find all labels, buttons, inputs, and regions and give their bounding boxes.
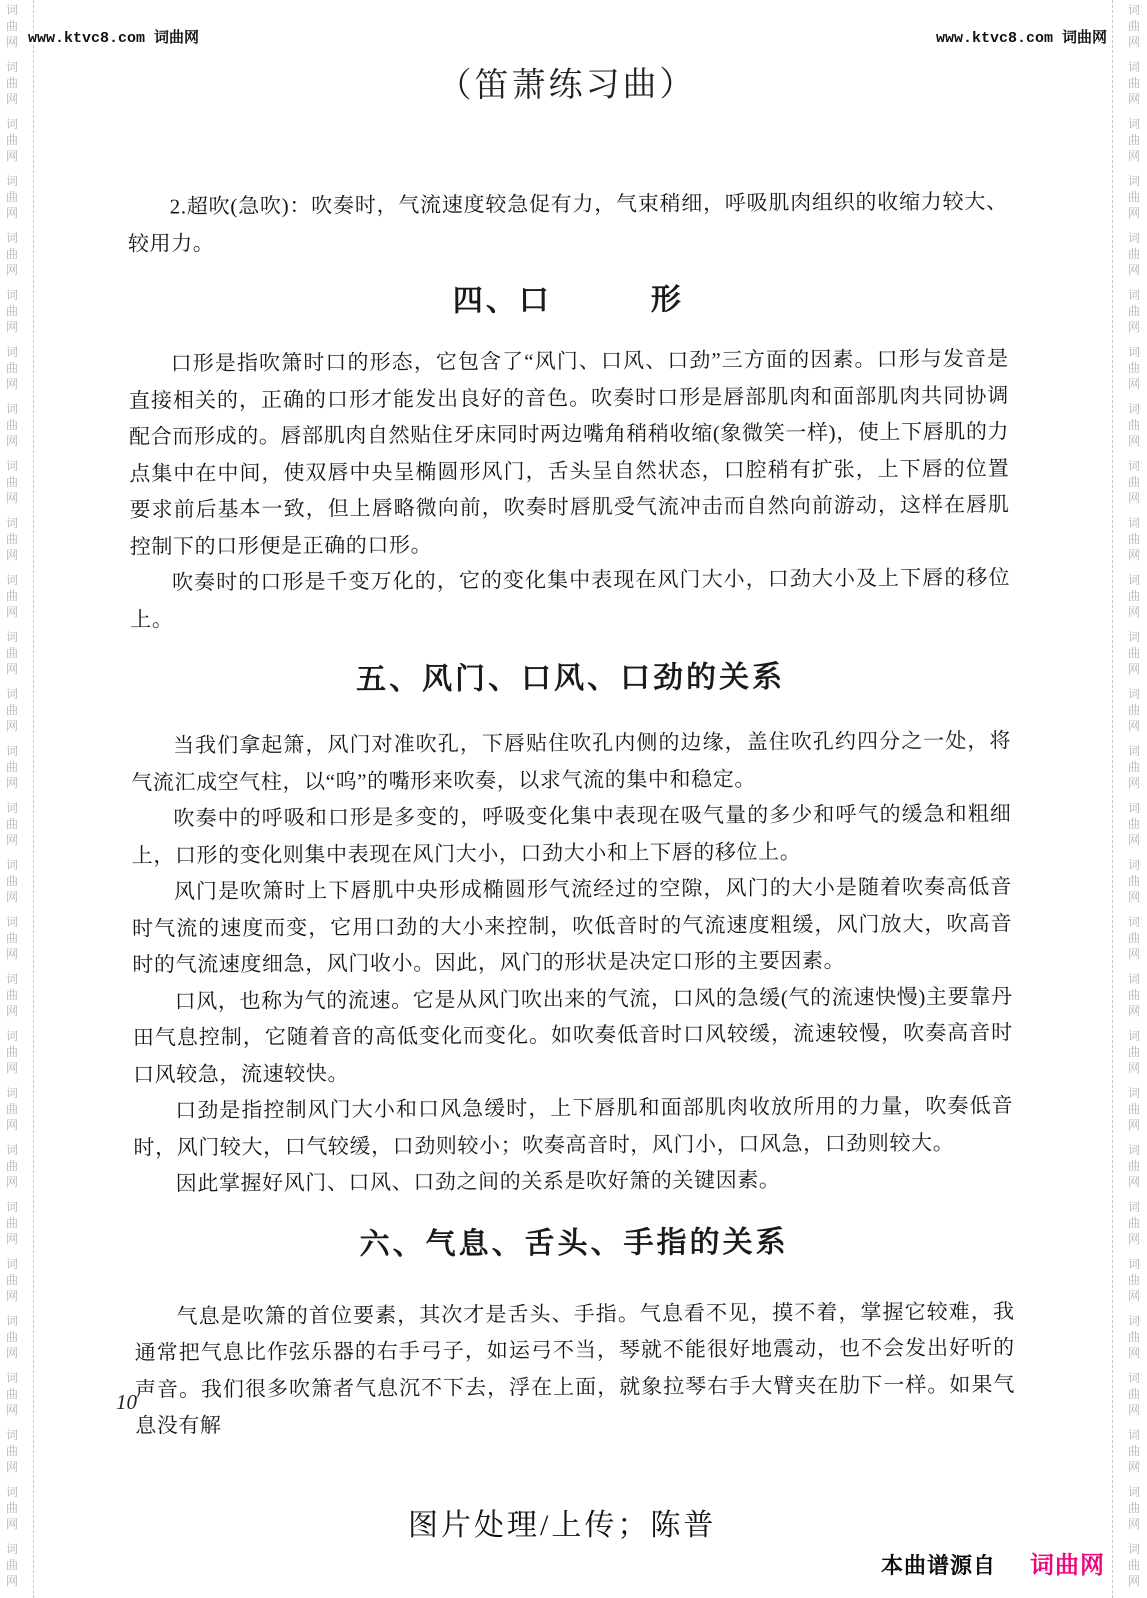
side-watermark-char: 网 bbox=[1128, 606, 1140, 618]
side-watermark-char: 网 bbox=[6, 1005, 18, 1017]
side-watermark-char: 网 bbox=[1128, 1347, 1140, 1359]
side-watermark-char: 曲 bbox=[6, 248, 18, 260]
side-watermark-char: 曲 bbox=[6, 1103, 18, 1115]
side-watermark-char: 网 bbox=[6, 720, 18, 732]
side-watermark-char: 网 bbox=[1128, 777, 1140, 789]
right-margin-divider bbox=[1112, 0, 1113, 1598]
side-watermark-char: 网 bbox=[6, 36, 18, 48]
paragraph: 因此掌握好风门、口风、口劲之间的关系是吹好箫的关键因素。 bbox=[134, 1160, 1014, 1202]
side-watermark-char: 曲 bbox=[1128, 1274, 1140, 1286]
side-watermark-char: 词 bbox=[1128, 1087, 1140, 1099]
side-watermark-char: 网 bbox=[6, 1575, 18, 1587]
side-watermark-char: 网 bbox=[1128, 1290, 1140, 1302]
side-watermark-char: 曲 bbox=[1128, 20, 1140, 32]
side-watermark-char: 词 bbox=[6, 688, 18, 700]
side-watermark-char: 词 bbox=[6, 232, 18, 244]
side-watermark-char: 曲 bbox=[1128, 1502, 1140, 1514]
side-watermark-char: 网 bbox=[6, 378, 18, 390]
side-watermark-char: 词 bbox=[6, 574, 18, 586]
side-watermark-char: 网 bbox=[1128, 93, 1140, 105]
side-watermark-char: 词 bbox=[1128, 289, 1140, 301]
side-watermark-char: 词 bbox=[1128, 916, 1140, 928]
document-body: （笛萧练习曲） 2.超吹(急吹)：吹奏时，气流速度较急促有力，气束稍细，呼吸肌肉… bbox=[126, 0, 1015, 1444]
side-watermark-char: 词 bbox=[6, 1144, 18, 1156]
side-watermark-char: 曲 bbox=[6, 77, 18, 89]
paragraph: 吹奏时的口形是千变万化的，它的变化集中表现在风门大小，口劲大小及上下唇的移位上。 bbox=[130, 559, 1010, 637]
page-title: （笛萧练习曲） bbox=[127, 59, 1007, 112]
side-watermark-char: 词 bbox=[6, 631, 18, 643]
side-watermark-char: 词 bbox=[6, 517, 18, 529]
side-watermark-char: 网 bbox=[6, 1062, 18, 1074]
side-watermark-char: 网 bbox=[6, 948, 18, 960]
side-watermark-char: 词 bbox=[1128, 118, 1140, 130]
side-watermark-char: 词 bbox=[1128, 403, 1140, 415]
side-watermark-char: 网 bbox=[1128, 150, 1140, 162]
side-watermark-char: 网 bbox=[6, 549, 18, 561]
credit-line: 图片处理/上传；陈普 bbox=[408, 1500, 716, 1544]
side-watermark-char: 曲 bbox=[1128, 590, 1140, 602]
side-watermark-char: 词 bbox=[1128, 631, 1140, 643]
side-watermark-char: 网 bbox=[6, 207, 18, 219]
side-watermark-char: 曲 bbox=[6, 1559, 18, 1571]
intro-paragraph: 2.超吹(急吹)：吹奏时，气流速度较急促有力，气束稍细，呼吸肌肉组织的收缩力较大… bbox=[128, 183, 1008, 261]
side-watermark-char: 网 bbox=[1128, 264, 1140, 276]
side-watermark-char: 曲 bbox=[1128, 134, 1140, 146]
side-watermark-char: 曲 bbox=[1128, 77, 1140, 89]
side-watermark-char: 网 bbox=[6, 264, 18, 276]
side-watermark-char: 网 bbox=[6, 93, 18, 105]
source-note: 本曲谱源自 词曲网 bbox=[881, 1545, 1105, 1580]
side-watermark-char: 词 bbox=[6, 1429, 18, 1441]
side-watermark-char: 网 bbox=[6, 1290, 18, 1302]
page-number: 10 bbox=[116, 1390, 137, 1415]
side-watermark-char: 词 bbox=[6, 859, 18, 871]
side-watermark-char: 曲 bbox=[6, 20, 18, 32]
side-watermark-char: 词 bbox=[1128, 346, 1140, 358]
side-watermark-char: 网 bbox=[1128, 321, 1140, 333]
side-watermark-char: 词 bbox=[6, 289, 18, 301]
side-watermark-char: 曲 bbox=[6, 191, 18, 203]
paragraph: 当我们拿起箫，风门对准吹孔，下唇贴住吹孔内侧的边缘，盖住吹孔约四分之一处，将气流… bbox=[131, 722, 1011, 800]
side-watermark-char: 曲 bbox=[6, 989, 18, 1001]
side-watermark-char: 网 bbox=[1128, 1005, 1140, 1017]
side-watermark-char: 词 bbox=[1128, 1429, 1140, 1441]
side-watermark-char: 网 bbox=[6, 1347, 18, 1359]
side-watermark-char: 曲 bbox=[6, 875, 18, 887]
side-watermark-char: 曲 bbox=[1128, 1388, 1140, 1400]
side-watermark-char: 网 bbox=[6, 606, 18, 618]
side-watermark-char: 词 bbox=[1128, 1201, 1140, 1213]
side-watermark-column: 词曲网词曲网词曲网词曲网词曲网词曲网词曲网词曲网词曲网词曲网词曲网词曲网词曲网词… bbox=[1126, 4, 1142, 1598]
side-watermark-char: 网 bbox=[6, 150, 18, 162]
side-watermark-char: 网 bbox=[6, 321, 18, 333]
side-watermark-char: 网 bbox=[1128, 1518, 1140, 1530]
paragraph: 气息是吹箫的首位要素，其次才是舌头、手指。气息看不见，摸不着，掌握它较难，我通常… bbox=[134, 1293, 1015, 1444]
paragraph: 口风，也称为气的流速。它是从风门吹出来的气流，口风的急缓(气的流速快慢)主要靠丹… bbox=[132, 978, 1013, 1093]
side-watermark-char: 网 bbox=[1128, 1461, 1140, 1473]
side-watermark-char: 词 bbox=[6, 1372, 18, 1384]
side-watermark-column: 词曲网词曲网词曲网词曲网词曲网词曲网词曲网词曲网词曲网词曲网词曲网词曲网词曲网词… bbox=[4, 4, 20, 1598]
side-watermark-char: 曲 bbox=[1128, 704, 1140, 716]
side-watermark-char: 词 bbox=[1128, 973, 1140, 985]
side-watermark-char: 曲 bbox=[1128, 191, 1140, 203]
side-watermark-char: 词 bbox=[6, 1543, 18, 1555]
side-watermark-char: 网 bbox=[1128, 720, 1140, 732]
side-watermark-char: 词 bbox=[1128, 61, 1140, 73]
side-watermark-char: 曲 bbox=[6, 1217, 18, 1229]
side-watermark-char: 词 bbox=[6, 403, 18, 415]
side-watermark-char: 网 bbox=[1128, 948, 1140, 960]
section-heading-relations: 五、风门、口风、口劲的关系 bbox=[130, 654, 1010, 703]
side-watermark-char: 网 bbox=[1128, 1404, 1140, 1416]
side-watermark-char: 曲 bbox=[1128, 533, 1140, 545]
side-watermark-char: 网 bbox=[1128, 207, 1140, 219]
side-watermark-char: 曲 bbox=[1128, 1559, 1140, 1571]
paragraph: 口形是指吹箫时口的形态，它包含了“风门、口风、口劲”三方面的因素。口形与发音是直… bbox=[129, 340, 1010, 564]
side-watermark-char: 词 bbox=[6, 916, 18, 928]
side-watermark-char: 词 bbox=[6, 175, 18, 187]
side-watermark-char: 词 bbox=[6, 4, 18, 16]
paragraph: 吹奏中的呼吸和口形是多变的，呼吸变化集中表现在吸气量的多少和呼气的缓急和粗细上，… bbox=[131, 795, 1011, 873]
side-watermark-char: 词 bbox=[6, 460, 18, 472]
side-watermark-char: 词 bbox=[1128, 1543, 1140, 1555]
side-watermark-char: 曲 bbox=[6, 761, 18, 773]
side-watermark-char: 曲 bbox=[6, 419, 18, 431]
side-watermark-char: 曲 bbox=[6, 476, 18, 488]
side-watermark-char: 词 bbox=[1128, 574, 1140, 586]
side-watermark-char: 词 bbox=[6, 1315, 18, 1327]
side-watermark-char: 曲 bbox=[6, 1274, 18, 1286]
side-watermark-char: 曲 bbox=[1128, 875, 1140, 887]
side-watermark-char: 网 bbox=[1128, 435, 1140, 447]
side-watermark-char: 曲 bbox=[6, 134, 18, 146]
side-watermark-char: 曲 bbox=[6, 1502, 18, 1514]
side-watermark-char: 曲 bbox=[6, 533, 18, 545]
side-watermark-char: 曲 bbox=[1128, 1217, 1140, 1229]
side-watermark-char: 曲 bbox=[6, 932, 18, 944]
side-watermark-char: 网 bbox=[6, 891, 18, 903]
side-watermark-char: 曲 bbox=[1128, 362, 1140, 374]
side-watermark-char: 网 bbox=[6, 1119, 18, 1131]
side-watermark-char: 曲 bbox=[1128, 761, 1140, 773]
side-watermark-char: 词 bbox=[1128, 517, 1140, 529]
section-heading-mouth-shape: 四、口 形 bbox=[128, 276, 1008, 325]
paragraph: 口劲是指控制风门大小和口风急缓时，上下唇肌和面部肌肉收放所用的力量，吹奏低音时，… bbox=[133, 1087, 1013, 1165]
side-watermark-char: 曲 bbox=[1128, 248, 1140, 260]
side-watermark-char: 曲 bbox=[1128, 1445, 1140, 1457]
side-watermark-char: 网 bbox=[6, 834, 18, 846]
side-watermark-char: 网 bbox=[1128, 378, 1140, 390]
side-watermark-char: 网 bbox=[1128, 891, 1140, 903]
side-watermark-char: 网 bbox=[6, 663, 18, 675]
side-watermark-char: 曲 bbox=[6, 1046, 18, 1058]
side-watermark-char: 曲 bbox=[1128, 419, 1140, 431]
side-watermark-char: 曲 bbox=[1128, 476, 1140, 488]
side-watermark-char: 词 bbox=[1128, 1315, 1140, 1327]
side-watermark-char: 曲 bbox=[1128, 1331, 1140, 1343]
side-watermark-char: 词 bbox=[6, 973, 18, 985]
side-watermark-char: 词 bbox=[6, 1258, 18, 1270]
side-watermark-char: 网 bbox=[6, 1518, 18, 1530]
side-watermark-char: 词 bbox=[6, 802, 18, 814]
side-watermark-char: 词 bbox=[1128, 859, 1140, 871]
side-watermark-char: 词 bbox=[1128, 4, 1140, 16]
brand-badge: 词曲网 bbox=[1030, 1545, 1105, 1580]
side-watermark-char: 网 bbox=[6, 1404, 18, 1416]
side-watermark-char: 曲 bbox=[1128, 1160, 1140, 1172]
side-watermark-char: 网 bbox=[6, 1461, 18, 1473]
side-watermark-char: 曲 bbox=[6, 362, 18, 374]
side-watermark-char: 曲 bbox=[1128, 647, 1140, 659]
side-watermark-char: 词 bbox=[6, 118, 18, 130]
side-watermark-char: 词 bbox=[6, 61, 18, 73]
side-watermark-char: 曲 bbox=[6, 647, 18, 659]
side-watermark-char: 词 bbox=[1128, 175, 1140, 187]
side-watermark-char: 词 bbox=[6, 1486, 18, 1498]
side-watermark-char: 曲 bbox=[6, 1160, 18, 1172]
side-watermark-char: 网 bbox=[1128, 549, 1140, 561]
source-label: 本曲谱源自 bbox=[881, 1549, 996, 1580]
side-watermark-char: 曲 bbox=[6, 704, 18, 716]
side-watermark-char: 词 bbox=[6, 346, 18, 358]
side-watermark-char: 网 bbox=[6, 492, 18, 504]
side-watermark-char: 网 bbox=[1128, 1575, 1140, 1587]
section-heading-breath-tongue-fingers: 六、气息、舌头、手指的关系 bbox=[134, 1219, 1014, 1268]
side-watermark-char: 网 bbox=[1128, 834, 1140, 846]
side-watermark-char: 词 bbox=[1128, 802, 1140, 814]
side-watermark-char: 曲 bbox=[6, 1388, 18, 1400]
paragraph: 风门是吹箫时上下唇肌中央形成椭圆形气流经过的空隙，风门的大小是随着吹奏高低音时气… bbox=[132, 868, 1013, 983]
scanned-page: 词曲网词曲网词曲网词曲网词曲网词曲网词曲网词曲网词曲网词曲网词曲网词曲网词曲网词… bbox=[0, 0, 1147, 1598]
side-watermark-char: 词 bbox=[1128, 1258, 1140, 1270]
side-watermark-char: 曲 bbox=[6, 818, 18, 830]
side-watermark-char: 网 bbox=[1128, 1119, 1140, 1131]
side-watermark-char: 词 bbox=[6, 745, 18, 757]
side-watermark-char: 曲 bbox=[6, 590, 18, 602]
side-watermark-char: 曲 bbox=[1128, 932, 1140, 944]
side-watermark-char: 曲 bbox=[1128, 818, 1140, 830]
side-watermark-char: 词 bbox=[1128, 745, 1140, 757]
side-watermark-char: 曲 bbox=[1128, 989, 1140, 1001]
side-watermark-char: 网 bbox=[6, 1233, 18, 1245]
side-watermark-char: 曲 bbox=[1128, 305, 1140, 317]
side-watermark-char: 词 bbox=[6, 1030, 18, 1042]
side-watermark-char: 词 bbox=[1128, 460, 1140, 472]
side-watermark-char: 曲 bbox=[6, 305, 18, 317]
side-watermark-char: 词 bbox=[6, 1087, 18, 1099]
side-watermark-char: 词 bbox=[1128, 1144, 1140, 1156]
side-watermark-char: 网 bbox=[1128, 1062, 1140, 1074]
side-watermark-char: 曲 bbox=[1128, 1046, 1140, 1058]
side-watermark-char: 词 bbox=[1128, 688, 1140, 700]
side-watermark-char: 网 bbox=[1128, 36, 1140, 48]
side-watermark-char: 网 bbox=[1128, 1176, 1140, 1188]
side-watermark-char: 曲 bbox=[6, 1445, 18, 1457]
side-watermark-char: 词 bbox=[1128, 232, 1140, 244]
side-watermark-char: 网 bbox=[6, 777, 18, 789]
side-watermark-char: 网 bbox=[1128, 1233, 1140, 1245]
side-watermark-char: 词 bbox=[1128, 1372, 1140, 1384]
side-watermark-char: 词 bbox=[1128, 1030, 1140, 1042]
side-watermark-char: 网 bbox=[1128, 492, 1140, 504]
side-watermark-char: 网 bbox=[6, 435, 18, 447]
side-watermark-char: 词 bbox=[1128, 1486, 1140, 1498]
side-watermark-char: 曲 bbox=[6, 1331, 18, 1343]
side-watermark-char: 网 bbox=[1128, 663, 1140, 675]
side-watermark-char: 词 bbox=[6, 1201, 18, 1213]
left-margin-divider bbox=[33, 0, 34, 1598]
side-watermark-char: 曲 bbox=[1128, 1103, 1140, 1115]
side-watermark-char: 网 bbox=[6, 1176, 18, 1188]
